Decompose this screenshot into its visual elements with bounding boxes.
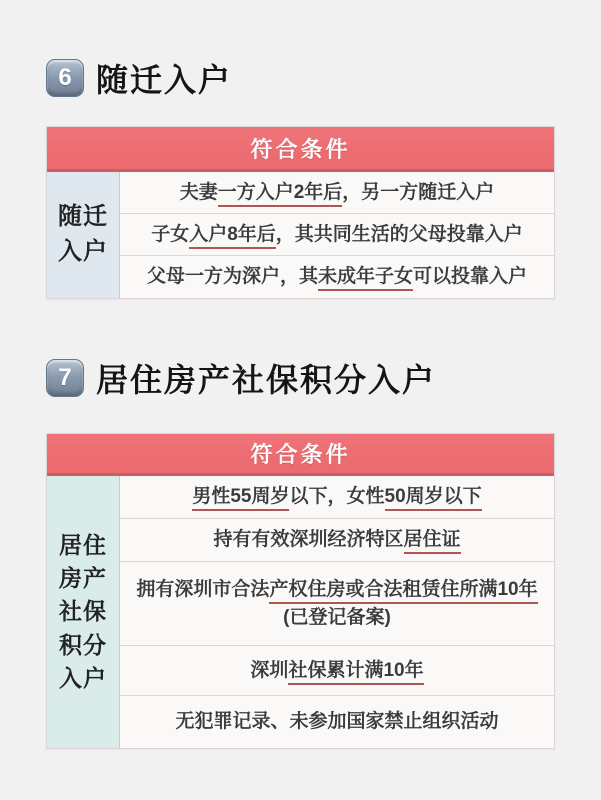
condition-row: 深圳社保累计满10年 — [120, 646, 554, 696]
plain-text: ，其共同生活的父母投靠入户 — [276, 224, 523, 245]
row-group-label-line: 房产 — [59, 562, 107, 595]
section-title: 居住房产社保积分入户 — [96, 355, 436, 401]
condition-text: 男性55周岁以下，女性50周岁以下 — [192, 483, 481, 511]
table-body: 随迁入户夫妻一方入户2年后，另一方随迁入户子女入户8年后，其共同生活的父母投靠入… — [47, 172, 554, 298]
table-body: 居住房产社保积分入户男性55周岁以下，女性50周岁以下持有有效深圳经济特区居住证… — [47, 476, 554, 748]
condition-text: 持有有效深圳经济特区居住证 — [213, 526, 460, 554]
highlighted-text: 一方入户2年后 — [218, 182, 343, 207]
condition-table: 符合条件居住房产社保积分入户男性55周岁以下，女性50周岁以下持有有效深圳经济特… — [46, 433, 555, 749]
highlighted-text: 男性55周岁 — [192, 486, 289, 511]
condition-row: 男性55周岁以下，女性50周岁以下 — [120, 476, 554, 519]
condition-row: 父母一方为深户，其未成年子女可以投靠入户 — [120, 256, 554, 298]
condition-row: 子女入户8年后，其共同生活的父母投靠入户 — [120, 214, 554, 256]
condition-row: 拥有深圳市合法产权住房或合法租赁住所满10年(已登记备案) — [120, 562, 554, 646]
row-group-label: 随迁入户 — [47, 172, 120, 298]
condition-row: 持有有效深圳经济特区居住证 — [120, 519, 554, 562]
condition-text: 拥有深圳市合法产权住房或合法租赁住所满10年 — [136, 576, 537, 604]
plain-text: 子女 — [151, 224, 189, 245]
condition-text: 父母一方为深户，其未成年子女可以投靠入户 — [147, 263, 527, 291]
section-title: 随迁入户 — [96, 55, 232, 101]
keycap-7-icon: 7 — [46, 359, 84, 397]
highlighted-text: 入户8年后 — [189, 224, 276, 249]
row-group-label-line: 随迁 — [58, 200, 108, 235]
section-family-relocation: 6 随迁入户 符合条件随迁入户夫妻一方入户2年后，另一方随迁入户子女入户8年后，… — [46, 55, 555, 299]
table-header: 符合条件 — [47, 127, 554, 172]
plain-text: (已登记备案) — [283, 607, 391, 628]
plain-text: ，另一方随迁入户 — [342, 182, 494, 203]
highlighted-text: 社保累计满10年 — [288, 660, 423, 685]
row-group-label-line: 入户 — [59, 662, 107, 695]
condition-table: 符合条件随迁入户夫妻一方入户2年后，另一方随迁入户子女入户8年后，其共同生活的父… — [46, 126, 555, 299]
plain-text: 深圳 — [250, 660, 288, 681]
plain-text: 无犯罪记录、未参加国家禁止组织活动 — [175, 711, 498, 732]
condition-text: 深圳社保累计满10年 — [250, 657, 423, 685]
condition-text: 无犯罪记录、未参加国家禁止组织活动 — [175, 708, 498, 736]
section-heading: 7 居住房产社保积分入户 — [46, 355, 555, 401]
keycap-6-icon: 6 — [46, 59, 84, 97]
table-rows: 夫妻一方入户2年后，另一方随迁入户子女入户8年后，其共同生活的父母投靠入户父母一… — [120, 172, 554, 298]
row-group-label-line: 社保 — [59, 595, 107, 628]
highlighted-text: 50周岁以下 — [385, 486, 482, 511]
condition-row: 夫妻一方入户2年后，另一方随迁入户 — [120, 172, 554, 214]
table-header: 符合条件 — [47, 434, 554, 476]
highlighted-text: 未成年子女 — [318, 266, 413, 291]
infographic-page: 6 随迁入户 符合条件随迁入户夫妻一方入户2年后，另一方随迁入户子女入户8年后，… — [0, 0, 601, 749]
condition-text: 子女入户8年后，其共同生活的父母投靠入户 — [151, 221, 523, 249]
section-heading: 6 随迁入户 — [46, 55, 555, 101]
condition-text: 夫妻一方入户2年后，另一方随迁入户 — [180, 179, 495, 207]
plain-text: 父母一方为深户，其 — [147, 266, 318, 287]
highlighted-text: 居住证 — [404, 529, 461, 554]
section-points-household: 7 居住房产社保积分入户 符合条件居住房产社保积分入户男性55周岁以下，女性50… — [46, 355, 555, 749]
table-rows: 男性55周岁以下，女性50周岁以下持有有效深圳经济特区居住证拥有深圳市合法产权住… — [120, 476, 554, 748]
row-group-label: 居住房产社保积分入户 — [47, 476, 120, 748]
plain-text: 持有有效深圳经济特区 — [213, 529, 403, 550]
plain-text: 以下，女性 — [289, 486, 384, 507]
plain-text: 可以投靠入户 — [413, 266, 527, 287]
condition-text: (已登记备案) — [283, 604, 391, 632]
condition-row: 无犯罪记录、未参加国家禁止组织活动 — [120, 696, 554, 748]
plain-text: 夫妻 — [180, 182, 218, 203]
row-group-label-line: 积分 — [59, 629, 107, 662]
row-group-label-line: 入户 — [58, 235, 108, 270]
highlighted-text: 产权住房或合法租赁住所满10年 — [269, 579, 537, 604]
row-group-label-line: 居住 — [59, 529, 107, 562]
plain-text: 拥有深圳市合法 — [136, 579, 269, 600]
